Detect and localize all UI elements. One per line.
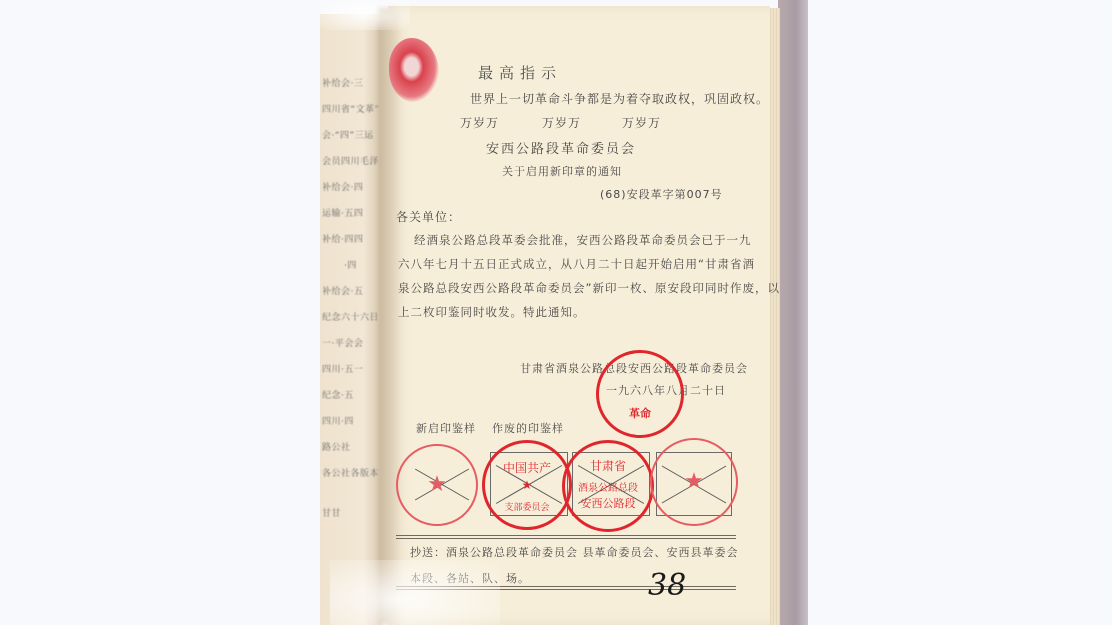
scan-shadow bbox=[778, 0, 808, 625]
refrain-3: 万岁万 bbox=[622, 114, 661, 131]
seal-party-branch: 中国共产 ★ 支部委员会 bbox=[482, 440, 572, 530]
star-icon: ★ bbox=[522, 479, 533, 491]
divider bbox=[396, 538, 736, 539]
body-line: 经酒泉公路总段革委会批准，安西公路段革命委员会已于一九 bbox=[414, 232, 752, 248]
left-page: 补给会·三 四川省“文革” 会·“四”三运 会员四川毛泽东 补给会·四 运输·五… bbox=[320, 14, 382, 625]
new-seal-label: 新启印鉴样 bbox=[416, 420, 476, 436]
seal-new: ★ bbox=[396, 444, 478, 526]
left-page-line: 四川·五一 bbox=[322, 362, 363, 375]
light-glare bbox=[320, 0, 410, 30]
left-page-line: 四川·四 bbox=[322, 414, 354, 427]
left-page-line: ·四 bbox=[344, 258, 357, 271]
left-page-line: 纪念·五 bbox=[322, 388, 354, 401]
left-page-line: 补给会·五 bbox=[322, 284, 363, 297]
page-title: 最高指示 bbox=[478, 62, 562, 83]
left-page-line: 一·平会会 bbox=[322, 336, 363, 349]
main-seal: 革命 bbox=[596, 350, 684, 438]
left-page-line: 四川省“文革” bbox=[322, 102, 380, 115]
left-page-line: 运输·五四 bbox=[322, 206, 363, 219]
left-page-line: 会员四川毛泽东 bbox=[322, 154, 382, 167]
left-page-line: 纪念六十六日 bbox=[322, 310, 379, 323]
left-page-line: 补给·四四 bbox=[322, 232, 363, 245]
light-glare bbox=[330, 560, 500, 625]
salutation: 各关单位： bbox=[396, 208, 461, 225]
body-line: 泉公路总段安西公路段革命委员会”新印一枚、原安段印同时作废，以 bbox=[398, 280, 780, 296]
doc-number: (68)安段革字第007号 bbox=[600, 186, 723, 202]
left-page-line: 路公社 bbox=[322, 440, 351, 453]
divider bbox=[396, 535, 736, 536]
left-page-line: 补给会·三 bbox=[322, 76, 363, 89]
left-page-line: 补给会·四 bbox=[322, 180, 363, 193]
header-quote: 世界上一切革命斗争都是为着夺取政权，巩固政权。 bbox=[470, 90, 769, 107]
refrain-2: 万岁万 bbox=[542, 114, 581, 131]
body-line: 上二枚印鉴同时收发。特此通知。 bbox=[398, 304, 586, 320]
body-line: 六八年七月十五日正式成立，从八月二十日起开始启用“甘肃省酒 bbox=[398, 256, 755, 272]
left-page-line: 各公社各版本 bbox=[322, 466, 379, 479]
seal-highway-section: 甘肃省 酒泉公路总段 安西公路段 bbox=[562, 440, 654, 532]
distribution-line-1: 抄送：酒泉公路总段革命委员会 县革命委员会、安西县革委会 bbox=[410, 544, 739, 560]
star-icon: ★ bbox=[427, 474, 447, 496]
book-gutter bbox=[378, 8, 398, 625]
old-seal-label: 作废的印鉴样 bbox=[492, 420, 564, 436]
seal-old: ★ bbox=[650, 438, 738, 526]
refrain-1: 万岁万 bbox=[460, 114, 499, 131]
page-number: 38 bbox=[648, 568, 686, 603]
left-page-line: 会·“四”三运 bbox=[322, 128, 374, 141]
left-page-line: 甘甘 bbox=[322, 506, 341, 519]
subject: 关于启用新印章的通知 bbox=[502, 163, 622, 179]
star-icon: ★ bbox=[684, 471, 704, 493]
issuer: 安西公路段革命委员会 bbox=[486, 138, 636, 157]
